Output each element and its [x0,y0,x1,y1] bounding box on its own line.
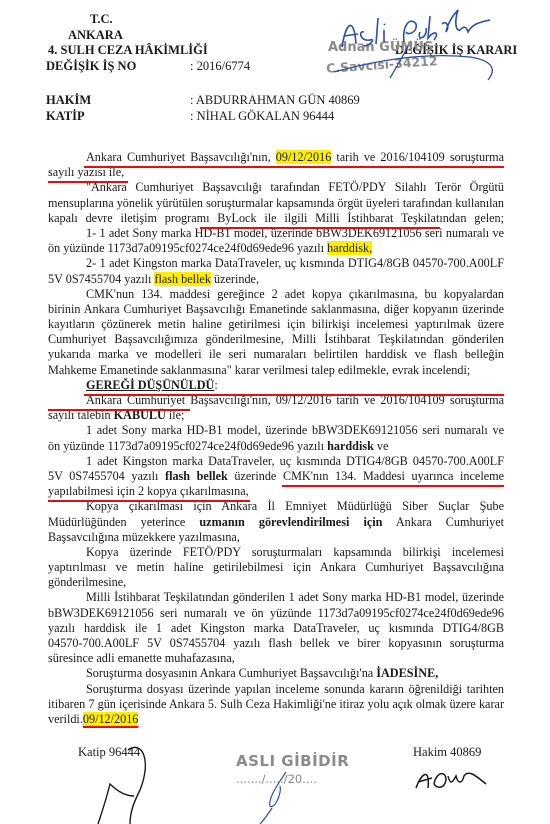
case-no-label: DEĞİŞİK İŞ NO [46,59,136,74]
red-underline [282,485,504,487]
red-underline [84,166,504,168]
certified-copy-stamp: ASLI GİBİDİR [236,752,349,770]
clerk-value: : NİHAL GÖKALAN 96444 [190,109,334,124]
case-no-value: : 2016/6774 [190,59,250,74]
clerk-label: KATİP [46,109,85,124]
highlighted-date: 09/12/2016 [276,150,332,164]
highlighted-harddisk: harddisk, [327,241,372,255]
court-decision-page: T.C. ANKARA 4. SULH CEZA HÂKİMLİĞİ DEĞİŞ… [0,0,550,824]
decision-body: Ankara Cumhuriyet Başsavcılığı'nın, 09/1… [48,150,504,727]
certification-initial-icon [258,770,298,824]
header-city: ANKARA [68,28,123,43]
judge-signature-icon [412,762,492,802]
judge-signature-label: Hakim 40869 [413,745,481,760]
red-underline [48,181,128,183]
judge-value: : ABDURRAHMAN GÜN 40869 [190,93,360,108]
decision-date: 09/12/2016 [83,712,139,726]
clerk-signature-icon [90,740,160,824]
header-court: 4. SULH CEZA HÂKİMLİĞİ [48,43,208,58]
red-underline [48,500,250,502]
red-underline [84,394,504,396]
red-underline [48,409,190,411]
handwritten-certification-icon [330,2,530,82]
return-keyword: İADESİNE, [376,666,438,680]
highlighted-flash-memory: flash bellek [154,272,211,286]
considered-heading: GEREĞİ DÜŞÜNÜLDÜ: [48,378,504,393]
header-tc: T.C. [90,12,113,27]
para-request-line1: Ankara Cumhuriyet Başsavcılığı'nın, 09/1… [48,150,504,165]
red-underline [200,227,440,229]
judge-label: HAKİM [46,93,91,108]
